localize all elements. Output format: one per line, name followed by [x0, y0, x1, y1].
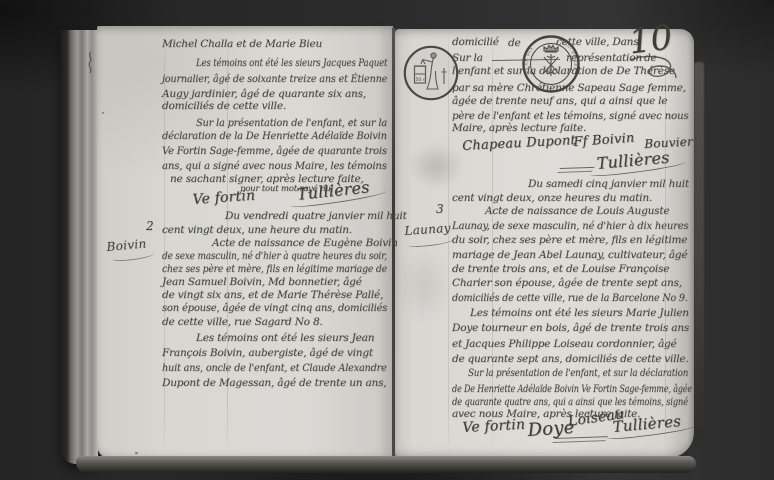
handwritten-line: par sa mère Chrétienne Sapeau Sage femme… [452, 82, 688, 94]
handwritten-line: domiciliés de cette ville, rue de la Bar… [452, 292, 667, 304]
handwritten-line: de trente trois ans, et de Louise Franço… [452, 263, 688, 275]
handwritten-line: cette ville, Dans [556, 36, 638, 48]
signature-tullieres: Tullières [612, 413, 682, 436]
handwritten-line: père de l'enfant et les témoins, signé a… [452, 110, 681, 122]
handwritten-line [552, 436, 608, 443]
handwritten-line: Les témoins ont été les sieurs Marie Jul… [470, 307, 688, 319]
handwritten-line: de quarante sept ans, domiciliés de cett… [452, 353, 686, 365]
handwritten-line: de quarante quatre ans, qui a ainsi que … [452, 396, 640, 408]
handwritten-line: Charier son épouse, âgée de trente sept … [452, 277, 688, 289]
handwritten-line: Doye tourneur en bois, âgé de trente tro… [452, 322, 688, 334]
handwritten-line: mariage de Jean Abel Launay, cultivateur… [452, 249, 688, 261]
handwritten-line: Sur la [452, 52, 483, 64]
signature-ff-boivin: Ff Boivin [573, 132, 635, 151]
signature-chapeau-dupont: Chapeau Dupont [462, 134, 576, 155]
handwritten-line: de [644, 52, 657, 64]
handwritten-line: Launay, de sexe masculin, né d'hier à di… [452, 220, 677, 232]
handwritten-line: cent vingt deux, onze heures du matin. [452, 192, 652, 204]
right-page-handwriting: domiciliédecette ville, DansSur lareprés… [0, 0, 774, 480]
handwritten-line: du soir, chez ses père et mère, fils en … [452, 234, 688, 246]
record-3-title: Acte de naissance de Louis Auguste [485, 205, 669, 217]
handwritten-line: et Jacques Philippe Loiseau cordonnier, … [452, 338, 688, 350]
handwritten-line [492, 59, 560, 61]
handwritten-line: âgée de trente neuf ans, qui a ainsi que… [452, 95, 688, 107]
handwritten-line: Maire, après lecture faite. [452, 122, 586, 134]
handwritten-line: représentation [566, 52, 642, 64]
handwritten-line: l'enfant et sur la déclaration de De Thé… [452, 65, 688, 77]
handwritten-line: de De Henriette Adélaïde Boivin Ve Forti… [452, 383, 635, 395]
record-1-continuation: domicilié [452, 36, 499, 48]
signature-ve-fortin: Ve fortin [462, 417, 526, 436]
civil-register-scan: 50 c 25 EN SUS LOI DE 1816 10 [0, 0, 774, 480]
handwritten-line: Sur la présentation de l'enfant, et sur … [468, 367, 650, 379]
margin-record-number: 3 [436, 203, 444, 217]
signature-tullieres: Tullières [596, 149, 670, 174]
handwritten-line: de [508, 37, 521, 49]
record-3-date: Du samedi cinq janvier mil huit [528, 178, 689, 190]
